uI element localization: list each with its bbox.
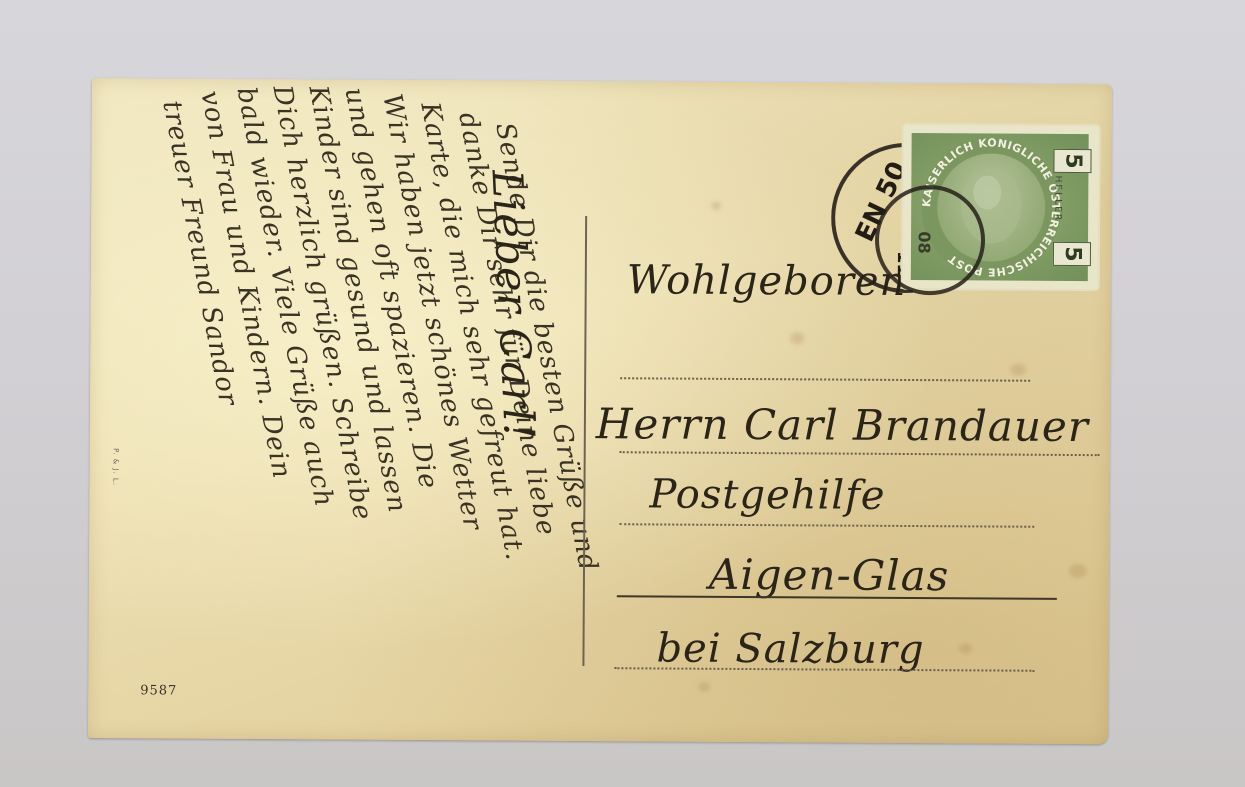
address-line	[620, 377, 1030, 382]
postcard: Lieber Carl! Sende Dir die besten Grüße …	[88, 78, 1112, 744]
address-line	[620, 451, 1100, 456]
stamp-value-top: 5	[1053, 149, 1091, 173]
address-line	[619, 523, 1034, 528]
center-divider-line	[582, 216, 587, 666]
stain-spot	[1069, 564, 1087, 578]
stamp-denomination: HELLER	[1052, 176, 1062, 222]
postmark-year: 08	[915, 231, 934, 253]
address-name: Herrn Carl Brandauer	[596, 399, 1089, 451]
stain-spot	[711, 202, 721, 210]
address-town: Aigen-Glas	[709, 550, 950, 600]
print-number: 9587	[140, 683, 177, 698]
address-region: bei Salzburg	[656, 625, 924, 673]
address-area: Wohlgeboren Herrn Carl Brandauer Postgeh…	[92, 78, 1112, 84]
printer-imprint: P. & J. L.	[112, 448, 120, 486]
stain-spot	[790, 332, 804, 344]
stain-spot	[698, 682, 710, 692]
message-area: Lieber Carl! Sende Dir die besten Grüße …	[92, 78, 1112, 84]
address-occupation: Postgehilfe	[649, 471, 885, 518]
stain-spot	[1010, 364, 1026, 376]
stamp-value-bottom: 5	[1053, 242, 1091, 266]
stain-spot	[959, 643, 973, 653]
